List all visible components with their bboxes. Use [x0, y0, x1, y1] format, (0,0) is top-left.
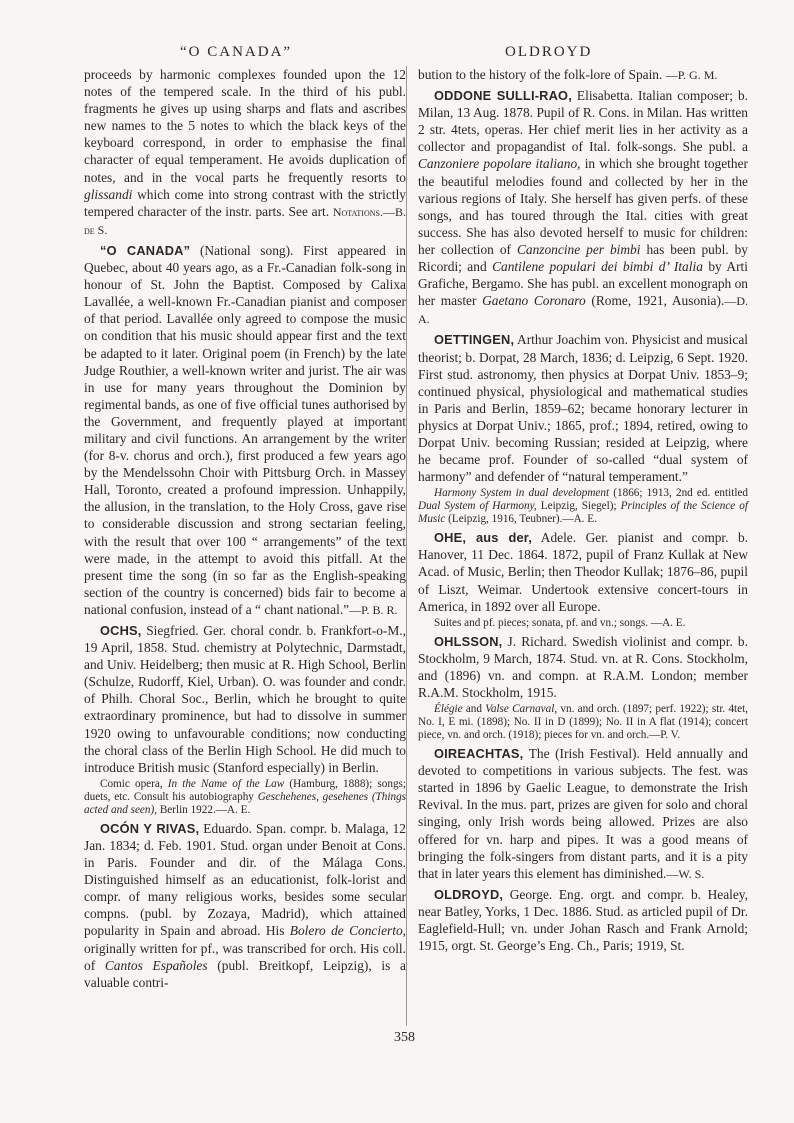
headword: OCÓN Y RIVAS,: [100, 821, 199, 836]
work-title: Cantilene populari dei bimbi d’ Italia: [492, 259, 703, 274]
works-list: Comic opera, In the Name of the Law (Ham…: [84, 778, 406, 817]
entry-ochs: OCHS, Siegfried. Ger. choral condr. b. F…: [84, 622, 406, 776]
text: and: [466, 703, 482, 715]
headword: OCHS,: [100, 623, 142, 638]
text: Berlin 1922.—A. E.: [160, 804, 250, 816]
text: (Leipzig, 1916, Teubner).—A. E.: [448, 513, 597, 525]
column-divider: [406, 66, 407, 1026]
entry-body: Held annually and devoted to competition…: [418, 746, 748, 881]
text: bution to the history of the folk-lore o…: [418, 67, 662, 82]
entry-body: Span. compr. b. Malaga, 12 Jan. 1834; d.…: [84, 821, 406, 939]
entry-name: Adele.: [541, 530, 576, 545]
entry-ohlsson: OHLSSON, J. Richard. Swedish violinist a…: [418, 633, 748, 701]
italic-term: glissandi: [84, 187, 132, 202]
running-head-right: OLDROYD: [505, 44, 592, 61]
entry-o-canada: “O CANADA” (National song). First appear…: [84, 242, 406, 619]
work-title: Valse Carnaval,: [485, 703, 557, 715]
page-number: 358: [394, 1030, 415, 1046]
headword: OETTINGEN,: [434, 332, 514, 347]
entry-oddone-sulli-rao: ODDONE SULLI-RAO, Elisabetta. Italian co…: [418, 87, 748, 328]
headword: OIREACHTAS,: [434, 746, 523, 761]
signature: —P. B. R.: [349, 603, 397, 617]
text: proceeds by harmonic complexes founded u…: [84, 67, 406, 185]
headword: OLDROYD,: [434, 887, 503, 902]
entry-body: (Rome, 1921, Ausonia).: [591, 293, 724, 308]
entry-ocon-y-rivas: OCÓN Y RIVAS, Eduardo. Span. compr. b. M…: [84, 820, 406, 991]
cross-reference: Notations.: [333, 205, 383, 219]
work-title: Canzoncine per bimbi: [517, 242, 641, 257]
work-title: Bolero de Concierto,: [290, 923, 406, 938]
text: Comic opera,: [100, 778, 163, 790]
continued-paragraph: proceeds by harmonic complexes founded u…: [84, 66, 406, 239]
headword: “O CANADA”: [100, 243, 190, 258]
left-column: proceeds by harmonic complexes founded u…: [84, 66, 406, 991]
work-title: Cantos Españoles: [105, 958, 208, 973]
entry-oireachtas: OIREACHTAS, The (Irish Festival). Held a…: [418, 745, 748, 883]
headword: OHE, aus der,: [434, 530, 532, 545]
entry-body: Ger. choral condr. b. Frankfort-o-M., 19…: [84, 623, 406, 775]
entry-name: The (Irish Festival).: [529, 746, 640, 761]
entry-body: Physicist and musical theorist; b. Dorpa…: [418, 332, 748, 484]
entry-oettingen: OETTINGEN, Arthur Joachim von. Physicist…: [418, 331, 748, 485]
entry-name: J. Richard.: [508, 634, 567, 649]
entry-name: Arthur Joachim von.: [517, 332, 628, 347]
text: (1866; 1913, 2nd ed. entitled: [613, 487, 748, 499]
works-list: Élégie and Valse Carnaval, vn. and orch.…: [418, 703, 748, 742]
works-list: Suites and pf. pieces; sonata, pf. and v…: [418, 617, 748, 630]
headword: OHLSSON,: [434, 634, 502, 649]
running-head-left: “O CANADA”: [180, 44, 292, 61]
headword: ODDONE SULLI-RAO,: [434, 88, 572, 103]
work-title: Élégie: [434, 703, 463, 715]
continued-paragraph: bution to the history of the folk-lore o…: [418, 66, 748, 84]
entry-name: George.: [510, 887, 553, 902]
text: Leipzig, Siegel);: [541, 500, 617, 512]
signature: —P. G. M.: [666, 68, 718, 82]
work-title: Harmony System in dual development: [434, 487, 609, 499]
right-column: bution to the history of the folk-lore o…: [418, 66, 748, 954]
entry-name: Siegfried.: [146, 623, 198, 638]
entry-name: Elisabetta.: [577, 88, 633, 103]
work-title: Canzoniere popolare italiano,: [418, 156, 581, 171]
entry-name: Eduardo.: [203, 821, 252, 836]
work-title: Gaetano Coronaro: [482, 293, 586, 308]
work-title: Dual System of Harmony,: [418, 500, 537, 512]
signature: —W. S.: [666, 867, 704, 881]
entry-body: (National song). First appeared in Quebe…: [84, 243, 406, 617]
work-title: In the Name of the Law: [168, 778, 284, 790]
entry-oldroyd: OLDROYD, George. Eng. orgt. and compr. b…: [418, 886, 748, 954]
works-list: Harmony System in dual development (1866…: [418, 487, 748, 526]
entry-ohe: OHE, aus der, Adele. Ger. pianist and co…: [418, 529, 748, 614]
